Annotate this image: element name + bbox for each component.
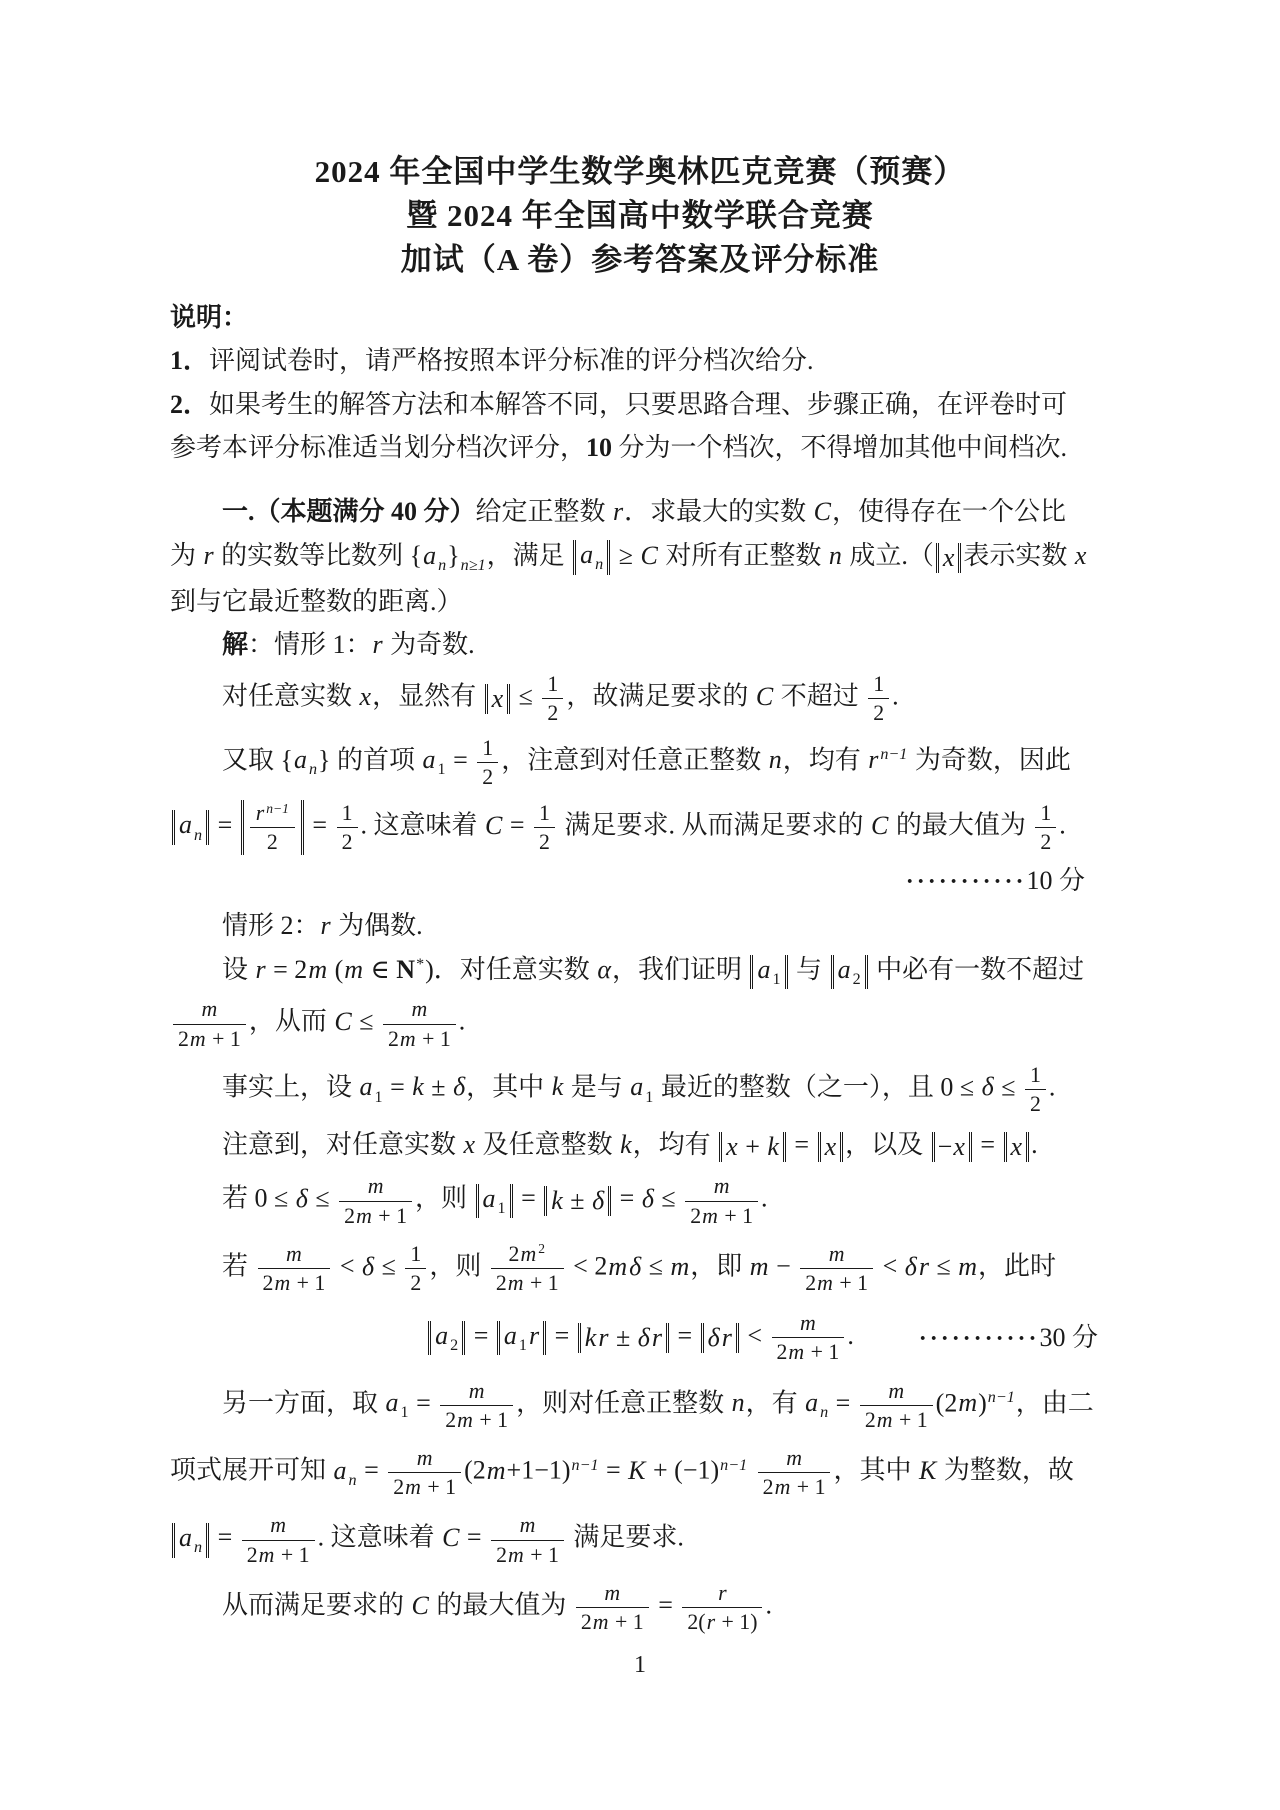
text-run: (2 <box>464 1456 486 1485</box>
math-variable: m <box>258 1543 276 1567</box>
math-variable: m <box>607 1252 628 1281</box>
text-run: + 1 <box>417 1027 451 1051</box>
fraction-numerator: m <box>576 1580 649 1608</box>
math-variable: a <box>422 541 437 570</box>
other-direction: 另一方面，取 a1 = m2m + 1，则对任意正整数 n，有 an = m2m… <box>170 1378 1110 1433</box>
math-variable: x <box>1010 1132 1024 1161</box>
text-run: . 这意味着 <box>361 811 485 840</box>
math-variable: C <box>333 1007 352 1036</box>
text-run: = <box>788 1130 816 1159</box>
math-variable: m <box>749 1252 770 1281</box>
text-run: 2 <box>344 1204 355 1228</box>
math-variable: r <box>597 1323 609 1352</box>
text-run: 2 <box>342 830 353 854</box>
document-title: 2024 年全国中学生数学奥林匹克竞赛（预赛） 暨 2024 年全国高中数学联合… <box>170 150 1110 282</box>
text-run: ∈ <box>364 955 396 984</box>
subscript: n <box>819 1404 829 1421</box>
text-run: 若 0 ≤ <box>222 1184 295 1213</box>
math-variable: δ <box>641 1184 655 1213</box>
math-variable: r <box>717 1581 728 1605</box>
text-run: 1 <box>873 672 884 696</box>
text-run: ) <box>978 1388 987 1417</box>
text-run: < 2 <box>567 1252 608 1281</box>
text-run: 2 <box>482 765 493 789</box>
subscript: 1 <box>518 1337 528 1354</box>
text-run: . <box>1031 1130 1038 1159</box>
math-variable: k <box>551 1072 565 1101</box>
dotted-leader: ··········· <box>919 1326 1040 1352</box>
math-variable: α <box>596 955 612 984</box>
math-variable: a <box>333 1456 348 1485</box>
text-run: = <box>652 1591 680 1620</box>
fraction-denominator: 2m + 1 <box>440 1406 513 1433</box>
math-variable: a <box>359 1072 374 1101</box>
text-run: 满足要求. <box>567 1523 684 1552</box>
fraction-denominator: 2m + 1 <box>800 1269 873 1296</box>
math-norm-bars: an <box>172 810 209 845</box>
fraction-numerator: 1 <box>337 800 358 828</box>
text-run: 2 <box>690 1204 701 1228</box>
fraction-numerator: m <box>860 1378 933 1406</box>
text-run: = <box>211 811 239 840</box>
text-run: + 1 <box>719 1204 753 1228</box>
text-run: + 1 <box>207 1027 241 1051</box>
text-run: 是与 <box>564 1072 629 1101</box>
text-run: + 1 <box>525 1271 559 1295</box>
math-variable: δ <box>707 1323 721 1352</box>
math-variable: m <box>456 1408 474 1432</box>
fraction-numerator: m <box>388 1445 461 1473</box>
text-run: 2 <box>445 1408 456 1432</box>
math-variable: δ <box>452 1072 466 1101</box>
math-norm-bars: x <box>818 1132 844 1162</box>
math-fraction: m2m + 1 <box>380 996 459 1051</box>
math-variable: r <box>255 955 267 984</box>
math-variable: m <box>592 1610 610 1634</box>
text-run: 设 <box>222 955 255 984</box>
math-norm-bars: a1r <box>497 1321 546 1356</box>
text-run: 2 <box>410 1271 421 1295</box>
text-run: 2 <box>777 1340 788 1364</box>
text-run: 的最大值为 <box>889 811 1032 840</box>
math-variable: m <box>603 1581 621 1605</box>
text-run: 为奇数. <box>384 630 475 659</box>
text-run: 为偶数. <box>332 911 423 940</box>
text-run: ，其中 <box>833 1456 918 1485</box>
text-run: + (−1) <box>647 1456 720 1485</box>
fraction-numerator: 1 <box>1025 1062 1046 1090</box>
text-run: + 1 <box>525 1543 559 1567</box>
math-variable: x <box>359 682 373 711</box>
text-run: ，有 <box>746 1388 805 1417</box>
fraction-numerator: 2m2 <box>491 1241 564 1269</box>
fraction-denominator: 2 <box>534 828 555 855</box>
text-run: 2 <box>539 830 550 854</box>
case2-header: 情形 2：r 为偶数. <box>170 906 1110 946</box>
text-run: 2 <box>263 1271 274 1295</box>
math-fraction: m2m + 1 <box>488 1512 567 1567</box>
math-variable: r <box>372 630 384 659</box>
fraction-denominator: 2 <box>250 828 295 855</box>
math-variable: m <box>507 1543 525 1567</box>
math-variable: a <box>422 745 437 774</box>
math-variable: C <box>484 811 503 840</box>
math-variable: m <box>269 1513 287 1537</box>
math-variable: m <box>201 997 219 1021</box>
math-variable: C <box>411 1591 430 1620</box>
text-run: + 1 <box>474 1408 508 1432</box>
bold-text-run: 1． <box>170 346 209 375</box>
superscript: n−1 <box>571 1457 600 1474</box>
fraction-denominator: 2 <box>1035 828 1056 855</box>
math-fraction: m2m + 1 <box>573 1580 652 1635</box>
text-run: ≤ <box>642 1252 669 1281</box>
math-fraction: m2m + 1 <box>682 1173 761 1228</box>
text-run: . <box>761 1184 768 1213</box>
math-variable: a <box>837 955 852 984</box>
subscript: n <box>193 827 203 844</box>
text-run: 从而满足要求的 <box>222 1591 411 1620</box>
math-fraction: m2m + 1 <box>336 1173 415 1228</box>
superscript: n−1 <box>719 1457 748 1474</box>
fraction-numerator: 1 <box>868 671 889 699</box>
title-line-1: 2024 年全国中学生数学奥林匹克竞赛（预赛） <box>170 150 1110 194</box>
text-run: . 这意味着 <box>318 1523 442 1552</box>
text-run: 2 <box>393 1475 404 1499</box>
text-run: 为奇数，因此 <box>908 745 1071 774</box>
math-fraction: 12 <box>539 671 566 726</box>
case2-subcase2: 若 m2m + 1 < δ ≤ 12，则 2m22m + 1 < 2mδ ≤ m… <box>170 1241 1110 1296</box>
text-run: 若 <box>222 1252 255 1281</box>
text-run: ，注意到对任意正整数 <box>501 745 768 774</box>
text-run: 2 <box>247 1543 258 1567</box>
math-variable: m <box>887 1379 905 1403</box>
text-run: } <box>447 541 459 570</box>
text-run: = <box>410 1388 438 1417</box>
math-variable: x <box>491 684 505 713</box>
math-variable: C <box>639 541 658 570</box>
document-page: 2024 年全国中学生数学奥林匹克竞赛（预赛） 暨 2024 年全国高中数学联合… <box>0 0 1280 1810</box>
text-run: = <box>503 811 531 840</box>
math-variable: k <box>766 1132 780 1161</box>
superscript: 2 <box>537 1241 546 1256</box>
fraction-denominator: 2 <box>542 699 563 726</box>
text-run: = <box>211 1523 239 1552</box>
document-body: 说明：1．评阅试卷时，请严格按照本评分标准的评分档次给分.2．如果考生的解答方法… <box>170 298 1110 1635</box>
fraction-denominator: 2m + 1 <box>388 1473 461 1500</box>
math-variable: m <box>787 1340 805 1364</box>
text-run: 情形 2： <box>222 911 320 940</box>
binomial-expansion: 项式展开可知 an = m2m + 1(2m+1−1)n−1 = K + (−1… <box>170 1445 1110 1500</box>
text-run: ，从而 <box>249 1007 334 1036</box>
text-run: ．求最大的实数 <box>624 497 813 526</box>
text-run: 1 <box>1030 1063 1041 1087</box>
text-run: ，均有 <box>783 745 868 774</box>
math-norm-bars: a1 <box>750 955 787 990</box>
math-variable: m <box>876 1408 894 1432</box>
math-variable: m <box>774 1475 792 1499</box>
text-run: 表示实数 <box>963 541 1074 570</box>
math-variable: a <box>629 1072 644 1101</box>
text-run: ，则 <box>429 1252 488 1281</box>
text-run: = <box>447 745 475 774</box>
note-1: 1．评阅试卷时，请严格按照本评分标准的评分档次给分. <box>170 341 1110 381</box>
text-run: 满足要求. 从而满足要求的 <box>558 811 870 840</box>
math-variable: a <box>482 1184 497 1213</box>
fraction-numerator: m <box>758 1445 831 1473</box>
fraction-numerator: m <box>339 1173 412 1201</box>
text-run: ，故满足要求的 <box>566 682 755 711</box>
text-run: 与 <box>790 955 829 984</box>
math-variable: x <box>824 1132 838 1161</box>
subscript: n <box>308 761 318 778</box>
case2-note: 注意到，对任意实数 x 及任意整数 k，均有 x + k = x，以及 −x =… <box>170 1125 1110 1165</box>
math-fraction: m2m + 1 <box>385 1445 464 1500</box>
text-run: = <box>306 811 334 840</box>
bold-text-run: 2． <box>170 390 209 419</box>
text-run: 1 <box>482 736 493 760</box>
text-run: 30 分 <box>1039 1323 1098 1352</box>
math-variable: r <box>612 497 624 526</box>
math-norm-bars: x <box>1004 1132 1030 1162</box>
math-fraction: 12 <box>334 800 361 855</box>
math-variable: a <box>385 1388 400 1417</box>
text-run: 2 <box>581 1610 592 1634</box>
text-run: 如果考生的解答方法和本解答不同，只要思路合理、步骤正确，在评卷时可 <box>209 390 1067 419</box>
fraction-numerator: m <box>242 1512 315 1540</box>
fraction-denominator: 2 <box>477 763 498 790</box>
math-variable: k <box>411 1072 425 1101</box>
note-2-line1: 2．如果考生的解答方法和本解答不同，只要思路合理、步骤正确，在评卷时可 <box>170 385 1110 425</box>
text-run: 对任意实数 <box>222 682 359 711</box>
text-run: = <box>974 1130 1002 1159</box>
case2-setup: 设 r = 2m (m ∈ N*)．对任意实数 α，我们证明 a1 与 a2 中… <box>170 950 1110 990</box>
title-line-3: 加试（A 卷）参考答案及评分标准 <box>170 238 1110 282</box>
math-variable: r <box>203 541 215 570</box>
math-variable: m <box>399 1027 417 1051</box>
text-run: 2 <box>267 830 278 854</box>
fraction-numerator: m <box>440 1378 513 1406</box>
text-run: 为 <box>170 541 203 570</box>
text-run: ，其中 <box>466 1072 551 1101</box>
math-variable: m <box>416 1446 434 1470</box>
math-norm-bars: kr ± δr <box>578 1323 669 1353</box>
math-variable: a <box>178 810 193 839</box>
text-run: ，即 <box>690 1252 749 1281</box>
text-run: 2 <box>865 1408 876 1432</box>
math-variable: k <box>550 1186 564 1215</box>
math-variable: m <box>273 1271 291 1295</box>
text-run: ≤ <box>512 682 539 711</box>
text-run: = <box>613 1184 641 1213</box>
math-variable: m <box>957 1388 978 1417</box>
math-variable: n <box>731 1388 746 1417</box>
text-run: + 1 <box>834 1271 868 1295</box>
math-norm-bars: k ± δ <box>544 1186 611 1216</box>
math-norm-bars: an <box>573 540 610 575</box>
fraction-numerator: 1 <box>534 800 555 828</box>
math-variable: K <box>918 1456 937 1485</box>
math-fraction: rn−12 <box>247 800 298 855</box>
math-fraction: m2m + 1 <box>755 1445 834 1500</box>
text-run: 2( <box>687 1610 705 1634</box>
text-run: ≤ <box>995 1072 1022 1101</box>
math-variable: a <box>756 955 771 984</box>
superscript: n−1 <box>987 1389 1016 1406</box>
text-run: − <box>938 1132 953 1161</box>
math-variable: n <box>768 745 783 774</box>
text-run: + 1 <box>275 1543 309 1567</box>
math-variable: r <box>320 911 332 940</box>
text-run: 及任意整数 <box>476 1130 619 1159</box>
bold-text-run: N <box>396 955 415 984</box>
text-run: = <box>548 1321 576 1350</box>
text-run: . <box>1059 811 1066 840</box>
text-run: + 1 <box>610 1610 644 1634</box>
subscript: 1 <box>374 1089 384 1106</box>
text-run: 注意到，对任意实数 <box>222 1130 463 1159</box>
math-variable: C <box>755 682 774 711</box>
problem-1-line3: 到与它最近整数的距离.） <box>170 582 1110 622</box>
subscript: 1 <box>771 971 781 988</box>
text-run: + 1 <box>894 1408 928 1432</box>
text-run: 1 <box>1040 801 1051 825</box>
math-variable: K <box>627 1456 646 1485</box>
math-variable: m <box>404 1475 422 1499</box>
fraction-numerator: m <box>685 1173 758 1201</box>
math-variable: r <box>721 1323 733 1352</box>
text-run: = <box>671 1321 699 1350</box>
math-norm-bars: x + k <box>719 1132 786 1162</box>
bold-text-run: 10 <box>586 433 612 462</box>
text-run: ≤ <box>930 1252 957 1281</box>
text-run: ，使得存在一个公比 <box>832 497 1066 526</box>
math-variable: δ <box>637 1323 651 1352</box>
fraction-denominator: 2m + 1 <box>685 1202 758 1229</box>
text-run: 的最大值为 <box>430 1591 573 1620</box>
fraction-numerator: 1 <box>405 1241 426 1269</box>
math-variable: m <box>799 1311 817 1335</box>
text-run: 不超过 <box>774 682 865 711</box>
title-line-2: 暨 2024 年全国高中数学联合竞赛 <box>170 194 1110 238</box>
text-run: } 的首项 <box>318 745 421 774</box>
math-variable: x <box>463 1130 477 1159</box>
text-run: = <box>358 1456 386 1485</box>
math-variable: n <box>828 541 843 570</box>
math-variable: m <box>519 1513 537 1537</box>
text-run: 到与它最近整数的距离.） <box>170 587 463 616</box>
text-run: − <box>770 1252 798 1281</box>
text-run: 2 <box>805 1271 816 1295</box>
text-run: ≤ <box>353 1007 380 1036</box>
text-run: 评阅试卷时，请严格按照本评分标准的评分档次给分. <box>209 346 814 375</box>
math-variable: m <box>785 1446 803 1470</box>
bold-text-run: 解 <box>222 630 248 659</box>
text-run: ，均有 <box>633 1130 718 1159</box>
text-run: 分为一个档次，不得增加其他中间档次. <box>612 433 1067 462</box>
fraction-denominator: 2m + 1 <box>491 1269 564 1296</box>
text-run: +1−1) <box>507 1456 571 1485</box>
math-variable: a <box>579 540 594 569</box>
fraction-numerator: m <box>258 1241 331 1269</box>
case1-upper-bound: 对任意实数 x，显然有 x ≤ 12，故满足要求的 C 不超过 12. <box>170 671 1110 726</box>
math-norm-bars: rn−12 <box>241 800 304 855</box>
fraction-numerator: m <box>772 1310 845 1338</box>
text-run: 2 <box>763 1475 774 1499</box>
text-run: 2 <box>547 701 558 725</box>
text-run: = <box>829 1388 857 1417</box>
math-fraction: m2m + 1 <box>797 1241 876 1296</box>
fraction-numerator: 1 <box>1035 800 1056 828</box>
text-run: . <box>892 682 899 711</box>
math-variable: a <box>293 745 308 774</box>
fraction-denominator: 2 <box>868 699 889 726</box>
text-run: ± <box>609 1323 636 1352</box>
math-norm-bars: a2 <box>831 955 868 990</box>
text-run: + <box>739 1132 767 1161</box>
fraction-numerator: m <box>491 1512 564 1540</box>
fraction-denominator: 2m + 1 <box>491 1541 564 1568</box>
math-variable: x <box>1074 541 1088 570</box>
text-run: 2 <box>178 1027 189 1051</box>
text-run: 的实数等比数列 { <box>215 541 422 570</box>
bold-text-run: 一.（本题满分 40 分） <box>222 497 476 526</box>
score-10: ···········10 分 <box>170 861 1110 901</box>
math-variable: m <box>189 1027 207 1051</box>
fraction-denominator: 2m + 1 <box>576 1608 649 1635</box>
fraction-numerator: m <box>173 996 246 1024</box>
math-variable: δ <box>295 1184 309 1213</box>
math-variable: r <box>528 1321 540 1350</box>
math-variable: C <box>870 811 889 840</box>
subscript: 2 <box>449 1337 459 1354</box>
math-variable: k <box>584 1323 598 1352</box>
text-run: ，满足 <box>487 541 572 570</box>
text-run: ，此时 <box>978 1252 1056 1281</box>
math-fraction: 12 <box>531 800 558 855</box>
math-variable: m <box>816 1271 834 1295</box>
math-fraction: 12 <box>474 735 501 790</box>
fraction-numerator: r <box>682 1580 762 1608</box>
text-run: = <box>467 1321 495 1350</box>
fraction-denominator: 2m + 1 <box>758 1473 831 1500</box>
subscript: 1 <box>644 1089 654 1106</box>
text-run: ，以及 <box>845 1130 930 1159</box>
text-run: + 1 <box>791 1475 825 1499</box>
math-norm-bars: an <box>172 1523 209 1558</box>
superscript: * <box>415 956 425 973</box>
subscript: 1 <box>400 1404 410 1421</box>
text-run: = <box>384 1072 412 1101</box>
text-run: ± <box>564 1186 591 1215</box>
math-fraction: m2m + 1 <box>255 1241 334 1296</box>
math-variable: m <box>828 1242 846 1266</box>
text-run: + 1 <box>373 1204 407 1228</box>
math-variable: m <box>343 955 364 984</box>
math-fraction: m2m + 1 <box>769 1310 848 1365</box>
fraction-denominator: 2m + 1 <box>258 1269 331 1296</box>
math-variable: x <box>942 543 956 572</box>
math-norm-bars: −x <box>932 1132 972 1162</box>
text-run: 中必有一数不超过 <box>870 955 1085 984</box>
math-norm-bars: a2 <box>428 1321 465 1356</box>
text-run: 参考本评分标准适当划分档次评分， <box>170 433 586 462</box>
math-variable: r <box>651 1323 663 1352</box>
text-run: 2 <box>1040 830 1051 854</box>
math-variable: δ <box>628 1252 642 1281</box>
document-content: 2024 年全国中学生数学奥林匹克竞赛（预赛） 暨 2024 年全国高中数学联合… <box>0 0 1280 1635</box>
text-run: 1 <box>539 801 550 825</box>
